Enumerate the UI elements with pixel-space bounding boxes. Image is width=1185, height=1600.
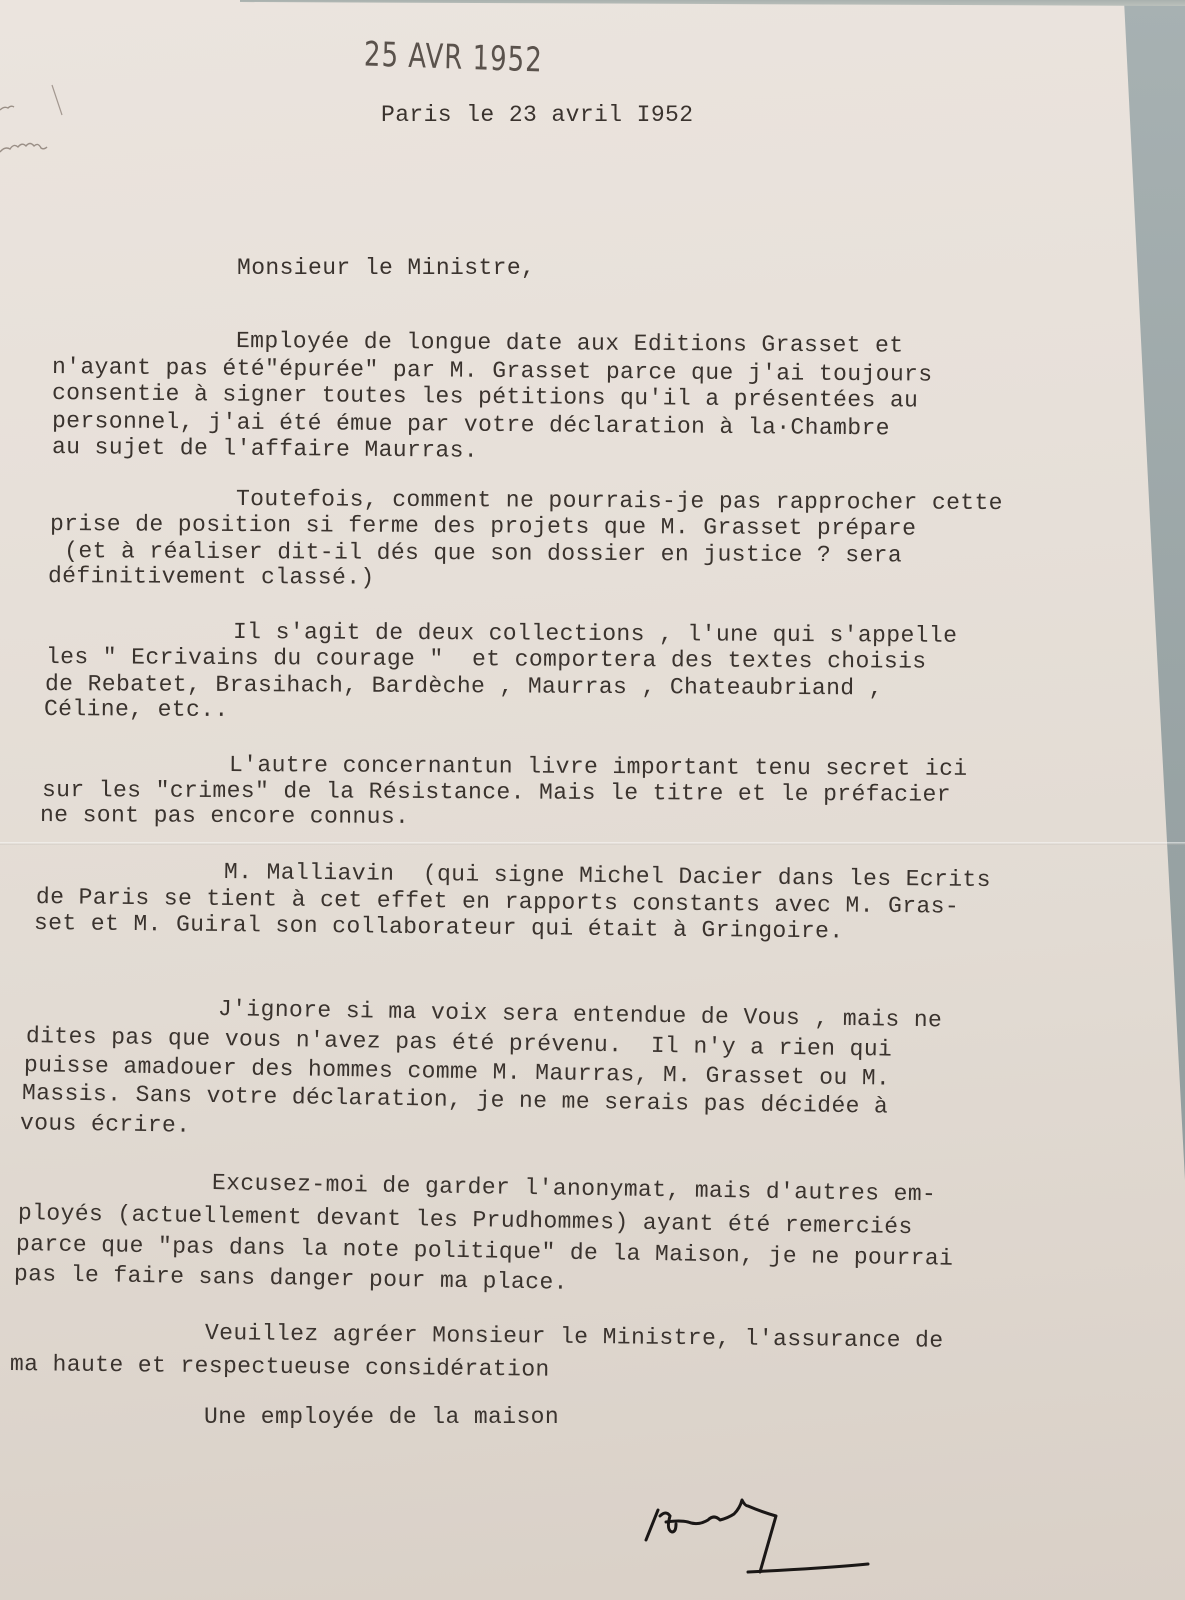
text-line: Employée de longue date aux Editions Gra… [236,328,904,359]
text-line: définitivement classé.) [48,563,375,591]
salutation: Monsieur le Ministre, [237,255,535,281]
text-line: Céline, etc.. [44,696,229,723]
text-line: prise de position si ferme des projets q… [50,511,916,542]
text-line: vous écrire. [20,1110,191,1139]
text-line: Il s'agit de deux collections , l'une qu… [233,619,957,649]
text-line: Toutefois, comment ne pourrais-je pas ra… [236,486,1003,516]
place-date: Paris le 23 avril I952 [381,102,693,128]
handwritten-signature-icon [640,1470,900,1590]
text-line: ne sont pas encore connus. [40,802,409,830]
closing: Une employée de la maison [204,1404,559,1430]
text-line: au sujet de l'affaire Maurras. [52,434,478,464]
text-line: L'autre concernantun livre important ten… [229,752,968,782]
received-date-stamp: 25 AVR 1952 [364,36,543,81]
text-line: les " Ecrivains du courage " et comporte… [46,644,927,675]
pencil-annotation-icon [0,80,70,160]
paper-fold-line [0,842,1185,845]
